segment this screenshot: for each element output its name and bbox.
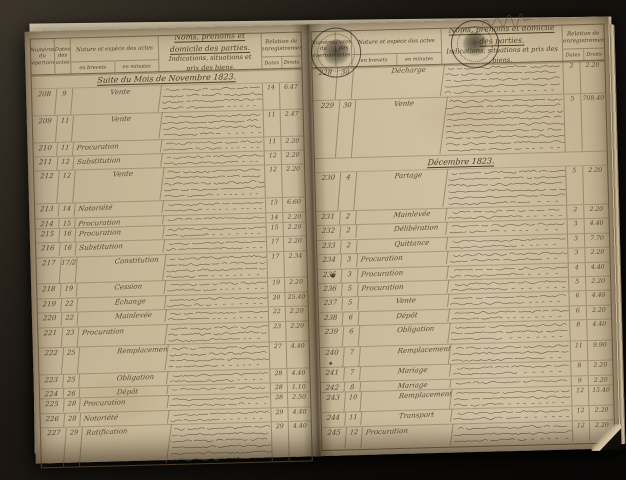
entry-handwritten-text — [445, 166, 567, 207]
registration-date: 9 — [572, 376, 589, 385]
registration-droits: 708.40 — [581, 94, 606, 151]
registration-droits: 2.20 — [585, 248, 609, 262]
registration-date: 27 — [270, 342, 288, 368]
registration-droits: 15.40 — [589, 385, 614, 405]
entry-date: 8 — [344, 382, 361, 391]
registration-droits: 2.20 — [580, 61, 605, 94]
header-relation-group: Relation de l'enregistrement Dates Droit… — [262, 32, 302, 68]
entry-number: 240 — [319, 347, 345, 367]
registration-date: 2 — [563, 61, 581, 93]
entry-date: 5 — [342, 297, 359, 311]
registration-droits: 2.20 — [589, 406, 613, 420]
registration-date: 3 — [568, 234, 585, 248]
handwritten-entry-scrawl — [169, 422, 272, 464]
entry-number: 209 — [32, 116, 58, 142]
entry-handwritten-text — [165, 293, 268, 309]
entry-number: 230 — [314, 172, 341, 211]
entry-number: 243 — [320, 392, 346, 412]
registration-droits: 2.20 — [286, 321, 309, 341]
entry-handwritten-text — [168, 408, 271, 424]
registration-date: 5 — [569, 277, 586, 291]
registration-date: 12 — [265, 165, 283, 197]
registration-date: 28 — [271, 383, 288, 392]
handwritten-entry-scrawl — [165, 279, 267, 295]
entry-number: 226 — [40, 413, 65, 427]
entry-number: 222 — [38, 348, 64, 374]
registration-date: 22 — [269, 307, 286, 321]
entry-number: 223 — [39, 375, 64, 389]
registration-droits: 1.10 — [288, 383, 310, 393]
registration-date: 17 — [267, 252, 285, 278]
registration-droits: 2.20 — [587, 305, 611, 319]
handwritten-entry-scrawl — [442, 62, 563, 97]
header-nature-group: Nature et espèce des actes en brevets en… — [71, 36, 160, 73]
entries-left: Suite du Mois de Novembre 1823.2089Vente… — [32, 68, 312, 467]
entry-handwritten-text — [450, 341, 571, 364]
entry-handwritten-text — [169, 422, 273, 464]
registration-date: 14 — [263, 83, 281, 109]
entry-date: 6 — [343, 312, 360, 326]
entry-date: 25 — [63, 374, 80, 388]
handwritten-entry-scrawl — [161, 137, 263, 153]
handwritten-entry-scrawl — [167, 343, 270, 371]
entry-number: 216 — [36, 243, 61, 257]
entry-date: 11 — [345, 412, 362, 426]
header-en-brevets: en brevets — [352, 54, 397, 66]
ledger-row: 22930Vente5708.40 — [313, 94, 606, 159]
entry-number: 239 — [319, 327, 345, 347]
registration-droits: 2.20 — [285, 278, 307, 292]
handwritten-entry-scrawl — [167, 369, 269, 385]
handwritten-entry-scrawl — [450, 341, 570, 364]
register-spread: Numéros du répertoire Dates des actes Na… — [24, 16, 619, 463]
registration-date: 13 — [266, 198, 283, 212]
entry-date: 2 — [341, 240, 358, 254]
entry-handwritten-text — [164, 252, 268, 280]
registration-droits: 4.40 — [288, 407, 310, 421]
registration-date: 12 — [572, 406, 589, 420]
entry-handwritten-text — [161, 137, 264, 153]
registration-date: 6 — [570, 306, 587, 320]
entry-act-type: Ratification — [79, 424, 172, 467]
entry-number: 231 — [316, 211, 341, 225]
entry-number: 208 — [32, 89, 58, 115]
entry-handwritten-text — [166, 322, 269, 344]
registration-droits: 2.20 — [282, 150, 304, 164]
entry-date: 22 — [61, 298, 78, 312]
registration-droits: 4.40 — [587, 320, 612, 340]
registration-droits: 2.34 — [284, 251, 307, 277]
entry-handwritten-text — [167, 343, 271, 371]
registration-droits: 9.90 — [588, 340, 613, 360]
entry-handwritten-text — [162, 151, 265, 167]
entry-number: 235 — [317, 269, 342, 283]
entry-date: 2 — [340, 225, 357, 239]
entry-date: 11 — [57, 142, 74, 156]
entry-act-type: Vente — [70, 85, 162, 115]
registration-date: 3 — [568, 219, 585, 233]
registration-droits: 2.20 — [282, 165, 305, 198]
entry-number: 210 — [33, 142, 58, 156]
registration-droits: 4.40 — [586, 262, 610, 276]
registration-date: 8 — [571, 361, 588, 375]
entry-number: 220 — [37, 313, 62, 327]
header-numero: Numéros du répertoire — [312, 32, 337, 68]
registration-droits: 4.40 — [586, 291, 610, 305]
registration-date: 28 — [270, 369, 287, 383]
ledger-table-left: Numéros du répertoire Dates des actes Na… — [30, 31, 313, 468]
header-names-group: Noms, prénoms et domicile des parties. I… — [159, 34, 263, 72]
entry-handwritten-text — [452, 421, 573, 445]
header-en-minutes: en minutes — [115, 60, 159, 72]
registration-date: 23 — [269, 321, 287, 341]
registration-droits: 7.70 — [585, 233, 609, 247]
handwritten-entry-scrawl — [163, 199, 265, 215]
header-names-group: Noms, prénoms et domicile des parties. I… — [442, 26, 564, 64]
entry-number: 213 — [35, 204, 60, 218]
entry-handwritten-text — [161, 110, 265, 138]
header-nature: Nature et espèce des actes — [76, 36, 153, 61]
registration-droits: 2.47 — [281, 109, 304, 135]
registration-droits: 2.20 — [286, 307, 308, 321]
registration-date: 2 — [567, 205, 584, 219]
registration-droits: 6.47 — [280, 82, 303, 108]
header-numero: Numéros du répertoire — [31, 39, 56, 75]
handwritten-entry-scrawl — [168, 394, 270, 410]
registration-date: 5 — [564, 94, 582, 151]
entry-handwritten-text — [451, 386, 572, 409]
entry-number: 237 — [318, 298, 343, 312]
header-indications: Indications, situations et prix des bien… — [162, 53, 258, 72]
entry-number: 233 — [317, 240, 342, 254]
handwritten-entry-scrawl — [168, 408, 270, 424]
entry-date: 3 — [341, 269, 358, 283]
registration-date: 19 — [268, 278, 285, 292]
entry-handwritten-text — [162, 166, 266, 201]
entry-number: 241 — [320, 368, 345, 382]
header-reg-dates: Dates — [262, 57, 282, 69]
registration-droits: 2.20 — [283, 212, 305, 222]
header-reg-droits: Droits — [282, 56, 302, 68]
handwritten-entry-scrawl — [165, 293, 267, 309]
header-relation-group: Relation de l'enregistrement Dates Droit… — [562, 25, 604, 61]
handwritten-note — [479, 12, 539, 30]
entry-act-type: Remplacement — [77, 344, 169, 374]
scanned-register-photo: Numéros du répertoire Dates des actes Na… — [0, 0, 626, 480]
registration-droits: 2.20 — [584, 204, 608, 218]
entry-date: 14 — [59, 204, 76, 218]
handwritten-entry-scrawl — [451, 386, 571, 409]
header-relation: Relation de l'enregistrement — [562, 25, 604, 49]
header-nature-sub: en brevets en minutes — [352, 52, 441, 66]
header-relation: Relation de l'enregistrement — [262, 32, 302, 56]
entry-act-type: Vente — [71, 112, 163, 142]
registration-date: 15 — [267, 223, 284, 237]
entry-handwritten-text — [164, 223, 267, 239]
entry-number: 224 — [40, 389, 65, 399]
entry-date: 28 — [64, 399, 81, 413]
entry-number: 244 — [321, 413, 346, 427]
entry-handwritten-text — [442, 62, 564, 97]
registration-droits: 2.20 — [281, 136, 303, 150]
entry-number: 211 — [33, 157, 58, 171]
entry-number: 245 — [321, 427, 347, 448]
entries-right: 22830Décharge22.2022930Vente5708.40Décem… — [312, 61, 614, 451]
registration-droits: 25.40 — [285, 292, 307, 306]
entry-number: 234 — [317, 255, 342, 269]
entry-handwritten-text — [449, 321, 570, 344]
page-left: Numéros du répertoire Dates des actes Na… — [24, 24, 316, 463]
registration-date: 6 — [569, 291, 586, 305]
entry-number: 214 — [35, 219, 60, 229]
header-nature-sub: en brevets en minutes — [71, 59, 158, 73]
entry-act-type: Constitution — [75, 254, 167, 284]
handwritten-entry-scrawl — [162, 151, 264, 167]
handwritten-entry-scrawl — [164, 252, 267, 280]
header-reg-dates: Dates — [563, 49, 584, 61]
registration-droits: 4.40 — [287, 368, 309, 382]
entry-number: 215 — [35, 229, 60, 243]
entry-handwritten-text — [164, 238, 267, 254]
entry-date: 12 — [57, 156, 74, 170]
entry-date: 2 — [340, 211, 357, 225]
entry-handwritten-text — [168, 394, 271, 410]
header-names: Noms, prénoms et domicile des parties. — [162, 34, 259, 56]
header-reg-droits: Droits — [584, 49, 605, 61]
header-en-brevets: en brevets — [71, 61, 115, 73]
handwritten-entry-scrawl — [166, 308, 268, 324]
registration-date: 3 — [568, 248, 585, 262]
header-relation-sub: Dates Droits — [262, 55, 301, 68]
entry-date: 26 — [64, 389, 81, 398]
registration-date: 14 — [266, 213, 283, 222]
registration-date: 17 — [267, 237, 284, 251]
header-nature-group: Nature et espèce des actes en brevets en… — [352, 29, 443, 66]
entry-number: 228 — [312, 68, 338, 101]
registration-droits: 2.50 — [288, 393, 310, 407]
entry-handwritten-text — [166, 308, 269, 324]
header-nature: Nature et espèce des actes — [358, 29, 435, 54]
entry-date: 28 — [64, 413, 81, 427]
handwritten-entry-scrawl — [449, 321, 569, 344]
ledger-row: 22729Ratification294.40 — [41, 421, 312, 467]
registration-droits: 2.20 — [590, 420, 615, 441]
registration-droits: 2.20 — [284, 237, 306, 251]
entry-act-type: Vente — [350, 97, 448, 158]
entry-handwritten-text — [165, 279, 268, 295]
entry-number: 221 — [38, 327, 64, 347]
entry-act-type: Procuration — [77, 324, 168, 348]
registration-date: 11 — [571, 341, 589, 361]
registration-date: 12 — [572, 386, 590, 406]
registration-droits: 4.40 — [287, 341, 310, 367]
entry-date: 16 — [60, 243, 77, 257]
entry-handwritten-text — [167, 369, 270, 385]
handwritten-entry-scrawl — [160, 84, 263, 112]
entry-act-type: Obligation — [358, 323, 451, 347]
entry-date: 19 — [61, 284, 78, 298]
entry-handwritten-text — [160, 83, 264, 111]
registration-droits: 6.60 — [283, 198, 305, 212]
handwritten-entry-scrawl — [162, 166, 265, 201]
registration-date: 29 — [272, 422, 290, 462]
handwritten-entry-scrawl — [445, 166, 566, 207]
entry-act-type: Vente — [72, 168, 164, 204]
entry-number: 219 — [37, 299, 62, 313]
registration-date: 28 — [271, 393, 288, 407]
entry-handwritten-text — [443, 95, 565, 155]
registration-date: 12 — [573, 421, 591, 442]
entry-handwritten-text — [163, 199, 266, 215]
entry-date: 22 — [61, 313, 78, 327]
registration-date: 8 — [570, 320, 588, 340]
header-en-minutes: en minutes — [397, 53, 442, 65]
entry-date: 7 — [344, 367, 361, 381]
entry-number: 227 — [40, 428, 67, 468]
registration-date: 29 — [271, 408, 288, 422]
entry-date: 3 — [341, 254, 358, 268]
header-relation-sub: Dates Droits — [563, 48, 604, 61]
registration-date: 20 — [268, 293, 285, 307]
registration-droits: 2.20 — [284, 222, 306, 236]
entry-number: 217 — [36, 257, 62, 283]
header-date: Dates des actes — [55, 39, 72, 74]
entry-number: 212 — [33, 171, 60, 204]
entry-act-type: Décharge — [351, 64, 445, 100]
entry-number: 238 — [319, 312, 344, 326]
entry-act-type: Procuration — [361, 424, 454, 449]
registration-date: 5 — [566, 166, 584, 205]
handwritten-entry-scrawl — [161, 110, 264, 138]
handwritten-entry-scrawl — [164, 223, 266, 239]
registration-droits: 2.20 — [583, 165, 608, 204]
registration-droits: 2.20 — [589, 375, 613, 385]
handwritten-entry-scrawl — [452, 421, 572, 445]
entry-number: 236 — [318, 283, 343, 297]
entry-date: 16 — [59, 228, 76, 242]
handwritten-entry-scrawl — [443, 95, 564, 155]
registration-date: 11 — [264, 110, 282, 136]
entry-number: 218 — [37, 284, 62, 298]
page-right: Numéros du répertoire Dates des actes Na… — [305, 16, 619, 456]
ledger-table-right: Numéros du répertoire Dates des actes Na… — [311, 24, 616, 452]
registration-date: 4 — [569, 263, 586, 277]
entry-number: 242 — [320, 382, 345, 392]
registration-droits: 2.20 — [588, 361, 612, 375]
header-indications: Indications, situations et prix des bien… — [445, 45, 559, 64]
registration-droits: 4.40 — [289, 421, 312, 461]
registration-date: 11 — [264, 137, 281, 151]
entry-date: 15 — [59, 218, 76, 227]
handwritten-entry-scrawl — [166, 322, 268, 344]
entry-date: 5 — [342, 283, 359, 297]
registration-droits: 2.20 — [586, 276, 610, 290]
registration-droits: 4.40 — [585, 219, 609, 233]
header-date: Dates des actes — [336, 31, 353, 66]
entry-number: 232 — [316, 226, 341, 240]
entry-act-type: Partage — [353, 169, 448, 211]
handwritten-entry-scrawl — [164, 238, 266, 254]
registration-date: 12 — [265, 151, 282, 165]
entry-number: 225 — [40, 399, 65, 413]
